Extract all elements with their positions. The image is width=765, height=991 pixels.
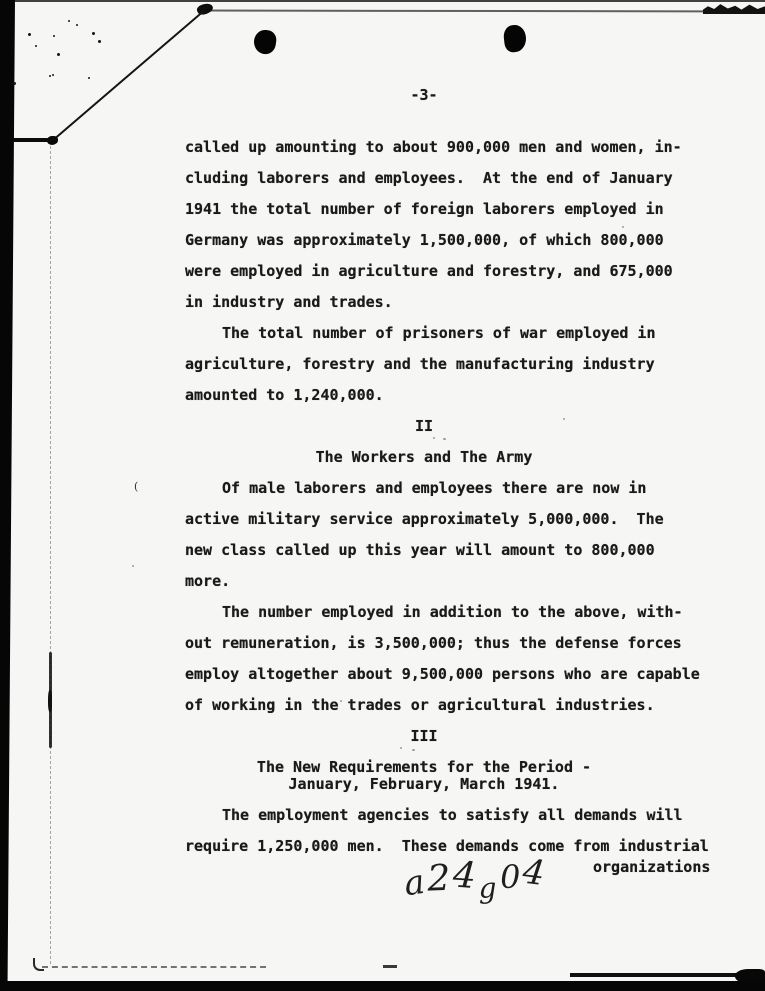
page-bottom-edge-dashed-line [42, 966, 266, 968]
typed-line: Of male laborers and employees there are… [0, 473, 765, 504]
typed-line: new class called up this year will amoun… [0, 535, 765, 566]
page-bottom-edge-dash [383, 965, 397, 968]
typed-line: The total number of prisoners of war emp… [0, 318, 765, 349]
scan-speckle [76, 24, 78, 26]
handwritten-char: a [402, 862, 428, 904]
catchword: organizations [593, 858, 710, 876]
typed-line: II [0, 411, 765, 442]
scan-speckle [400, 747, 402, 749]
scan-speckle [433, 437, 435, 439]
typed-line: employ altogether about 9,500,000 person… [0, 659, 765, 690]
scan-smudge-top-right [703, 3, 765, 14]
typed-line: out remuneration, is 3,500,000; thus the… [0, 628, 765, 659]
scan-speckle [340, 700, 342, 702]
scan-speckle [412, 749, 415, 751]
typed-line: agriculture, forestry and the manufactur… [0, 349, 765, 380]
handwritten-char: g [478, 871, 497, 905]
typed-line: amounted to 1,240,000. [0, 380, 765, 411]
scan-speckle [443, 438, 446, 440]
page-number: -3- [0, 85, 765, 105]
scan-speckle [98, 40, 101, 43]
scan-speckle [28, 33, 31, 36]
handwritten-char: 4 [452, 855, 478, 897]
typed-line: of working in the trades or agricultural… [0, 690, 765, 721]
handwritten-char: 4 [521, 852, 547, 894]
typed-line: were employed in agriculture and forestr… [0, 256, 765, 287]
typed-line: called up amounting to about 900,000 men… [0, 132, 765, 163]
scan-smudge-top [196, 2, 214, 17]
typed-text-column: called up amounting to about 900,000 men… [0, 132, 765, 862]
typed-line: The number employed in addition to the a… [0, 597, 765, 628]
typed-line: January, February, March 1941. [0, 769, 765, 800]
scanned-document-page: -3- called up amounting to about 900,000… [0, 0, 765, 991]
scan-speckle [52, 74, 54, 76]
scan-speckle [622, 226, 624, 228]
typed-line: III [0, 721, 765, 752]
page-bottom-edge-line [570, 973, 742, 977]
typed-line: The Workers and The Army [0, 442, 765, 473]
typed-line: cluding laborers and employees. At the e… [0, 163, 765, 194]
page-top-edge-line [202, 10, 765, 13]
scan-speckle [88, 77, 90, 79]
scan-speckle [68, 20, 70, 22]
scan-speckle [563, 418, 565, 420]
handwritten-annotation: a 2 4 g 0 4 [403, 854, 545, 900]
scan-border-bottom [0, 981, 765, 991]
scan-speckle [49, 75, 51, 77]
page-corner-crease-line [51, 9, 205, 141]
scan-speckle [53, 35, 55, 37]
paper-top-edge-line [0, 0, 765, 2]
handwritten-char: 2 [427, 858, 451, 900]
scan-speckle [35, 45, 37, 47]
stray-mark: ( [134, 480, 138, 493]
typed-line: Germany was approximately 1,500,000, of … [0, 225, 765, 256]
hole-punch-mark-left [252, 29, 277, 56]
scan-speckle [13, 82, 16, 85]
typed-line: active military service approximately 5,… [0, 504, 765, 535]
scan-speckle [132, 565, 134, 567]
scan-speckle [57, 53, 60, 56]
typed-line: in industry and trades. [0, 287, 765, 318]
typed-line: 1941 the total number of foreign laborer… [0, 194, 765, 225]
handwritten-char: 0 [499, 857, 521, 896]
hole-punch-mark-right [503, 24, 528, 53]
page-bottom-edge-hook [33, 958, 44, 971]
typed-line: more. [0, 566, 765, 597]
typed-line: The employment agencies to satisfy all d… [0, 800, 765, 831]
scan-speckle [92, 32, 95, 35]
scan-smudge-bottom-right [735, 969, 765, 984]
